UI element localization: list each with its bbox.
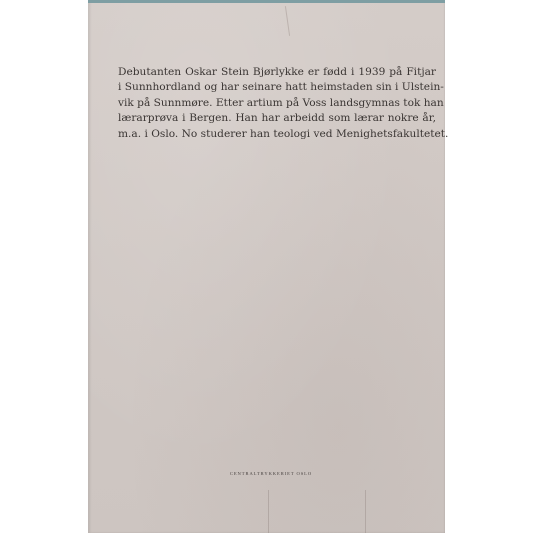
paper-crease bbox=[268, 490, 269, 533]
biography-line: lærarprøva i Bergen. Han har arbeidd som… bbox=[118, 111, 436, 126]
author-biography: Debutanten Oskar Stein Bjørlykke er fødd… bbox=[118, 65, 436, 142]
scan-background: Debutanten Oskar Stein Bjørlykke er fødd… bbox=[0, 0, 533, 533]
printer-imprint: CENTRALTRYKKERIET OSLO bbox=[221, 471, 321, 476]
biography-line: vik på Sunnmøre. Etter artium på Voss la… bbox=[118, 96, 436, 111]
biography-line: i Sunnhordland og har seinare hatt heims… bbox=[118, 80, 436, 95]
biography-line: m.a. i Oslo. No studerer han teologi ved… bbox=[118, 127, 436, 142]
paper-crease bbox=[365, 490, 366, 533]
biography-line: Debutanten Oskar Stein Bjørlykke er fødd… bbox=[118, 65, 436, 80]
cover-top-edge-strip bbox=[88, 0, 445, 3]
